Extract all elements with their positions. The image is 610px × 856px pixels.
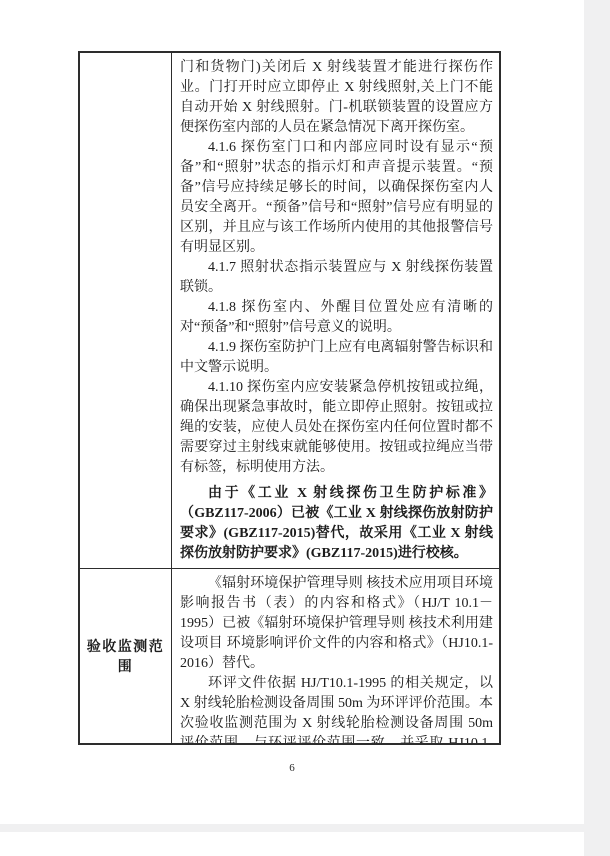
next-page-edge: [0, 832, 584, 856]
clause-4-1-9-paragraph: 4.1.9 探伤室防护门上应有电离辐射警告标识和中文警示说明。: [180, 336, 493, 376]
page-number: 6: [0, 762, 584, 774]
monitoring-scope-paragraph: 环评文件依据 HJ/T10.1-1995 的相关规定，以 X 射线轮胎检测设备周…: [180, 672, 493, 743]
row2-content-cell: 《辐射环境保护管理导则 核技术应用项目环境影响报告书（表）的内容和格式》（HJ/…: [172, 569, 499, 743]
clause-4-1-7-paragraph: 4.1.7 照射状态指示装置应与 X 射线探伤装置联锁。: [180, 256, 493, 296]
clause-4-1-6-paragraph: 4.1.6 探伤室门口和内部应同时设有显示“预备”和“照射”状态的指示灯和声音提…: [180, 136, 493, 256]
row2-label-cell: 验收监测范围: [80, 569, 172, 743]
standard-replacement-note-paragraph: 由于《工业 X 射线探伤卫生防护标准》（GBZ117-2006）已被《工业 X …: [180, 482, 493, 562]
row1-label-cell: [80, 53, 172, 569]
clause-continuation-paragraph: 门和货物门)关闭后 X 射线装置才能进行探伤作业。门打开时应立即停止 X 射线照…: [180, 56, 493, 136]
clause-4-1-10-paragraph: 4.1.10 探伤室内应安装紧急停机按钮或拉绳，确保出现紧急事故时，能立即停止照…: [180, 376, 493, 476]
document-canvas: 门和货物门)关闭后 X 射线装置才能进行探伤作业。门打开时应立即停止 X 射线照…: [0, 0, 610, 856]
row1-content-cell: 门和货物门)关闭后 X 射线装置才能进行探伤作业。门打开时应立即停止 X 射线照…: [172, 53, 499, 569]
clause-4-1-8-paragraph: 4.1.8 探伤室内、外醒目位置处应有清晰的对“预备”和“照射”信号意义的说明。: [180, 296, 493, 336]
document-page: 门和货物门)关闭后 X 射线装置才能进行探伤作业。门打开时应立即停止 X 射线照…: [0, 0, 584, 824]
guideline-replacement-paragraph: 《辐射环境保护管理导则 核技术应用项目环境影响报告书（表）的内容和格式》（HJ/…: [180, 572, 493, 672]
acceptance-scope-table: 门和货物门)关闭后 X 射线装置才能进行探伤作业。门打开时应立即停止 X 射线照…: [78, 51, 501, 745]
